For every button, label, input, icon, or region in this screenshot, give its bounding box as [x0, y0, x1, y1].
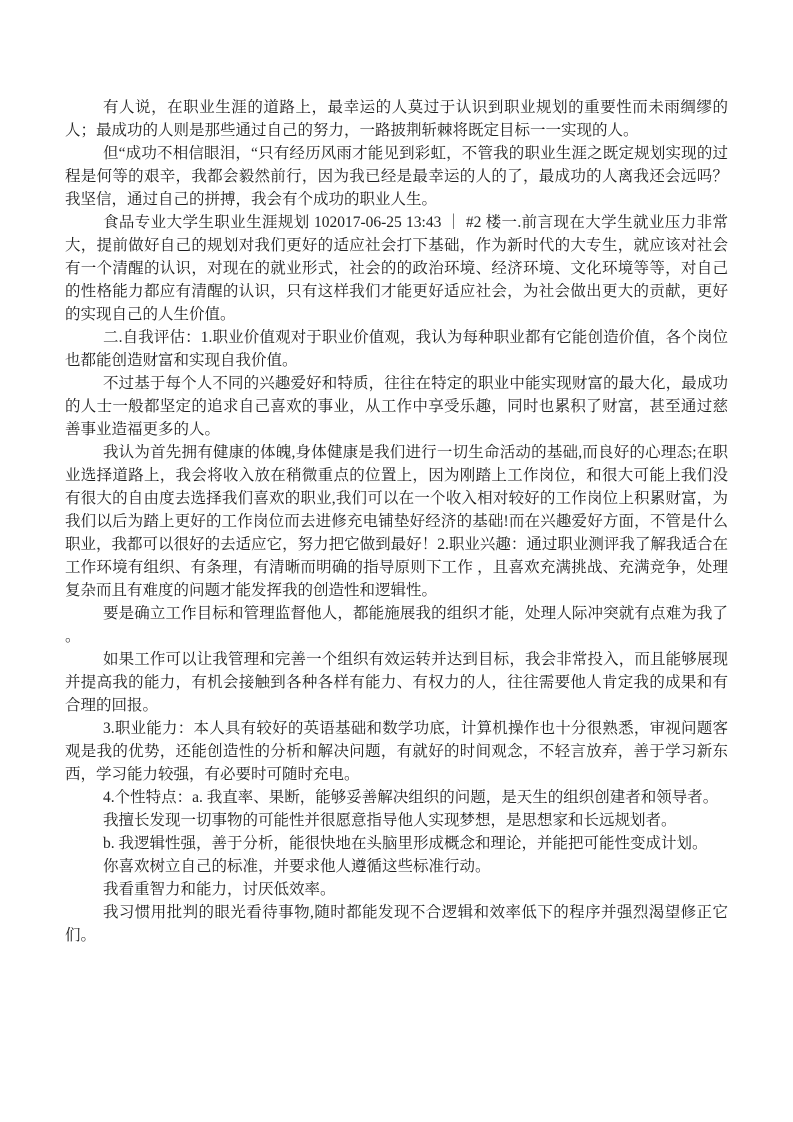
paragraph: 你喜欢树立自己的标准，并要求他人遵循这些标准行动。: [65, 855, 728, 878]
paragraph: 3.职业能力：本人具有较好的英语基础和数学功底，计算机操作也十分很熟悉，审视问题…: [65, 717, 728, 786]
paragraph: 我认为首先拥有健康的体魄,身体健康是我们进行一切生命活动的基础,而良好的心理态;…: [65, 441, 728, 602]
paragraph: 不过基于每个人不同的兴趣爱好和特质，往往在特定的职业中能实现财富的最大化，最成功…: [65, 372, 728, 441]
paragraph: 我擅长发现一切事物的可能性并很愿意指导他人实现梦想，是思想家和长远规划者。: [65, 809, 728, 832]
paragraph: 食品专业大学生职业生涯规划 102017-06-25 13:43 ｜ #2 楼一…: [65, 211, 728, 326]
document-page: 有人说，在职业生涯的道路上，最幸运的人莫过于认识到职业规划的重要性而未雨绸缪的人…: [0, 0, 793, 1122]
paragraph: 4.个性特点：a. 我直率、果断，能够妥善解决组织的问题，是天生的组织创建者和领…: [65, 786, 728, 809]
paragraph: 我看重智力和能力，讨厌低效率。: [65, 878, 728, 901]
paragraph: b. 我逻辑性强，善于分析，能很快地在头脑里形成概念和理论，并能把可能性变成计划…: [65, 832, 728, 855]
paragraph: 有人说，在职业生涯的道路上，最幸运的人莫过于认识到职业规划的重要性而未雨绸缪的人…: [65, 96, 728, 142]
paragraph: 如果工作可以让我管理和完善一个组织有效运转并达到目标，我会非常投入，而且能够展现…: [65, 648, 728, 717]
paragraph: 二.自我评估：1.职业价值观对于职业价值观，我认为每种职业都有它能创造价值，各个…: [65, 326, 728, 372]
paragraph: 但“成功不相信眼泪，“只有经历风雨才能见到彩虹，不管我的职业生涯之既定规划实现的…: [65, 142, 728, 211]
document-text-block: 有人说，在职业生涯的道路上，最幸运的人莫过于认识到职业规划的重要性而未雨绸缪的人…: [65, 96, 728, 947]
paragraph: 我习惯用批判的眼光看待事物,随时都能发现不合逻辑和效率低下的程序并强烈渴望修正它…: [65, 901, 728, 947]
paragraph: 要是确立工作目标和管理监督他人，都能施展我的组织才能，处理人际冲突就有点难为我了…: [65, 602, 728, 648]
